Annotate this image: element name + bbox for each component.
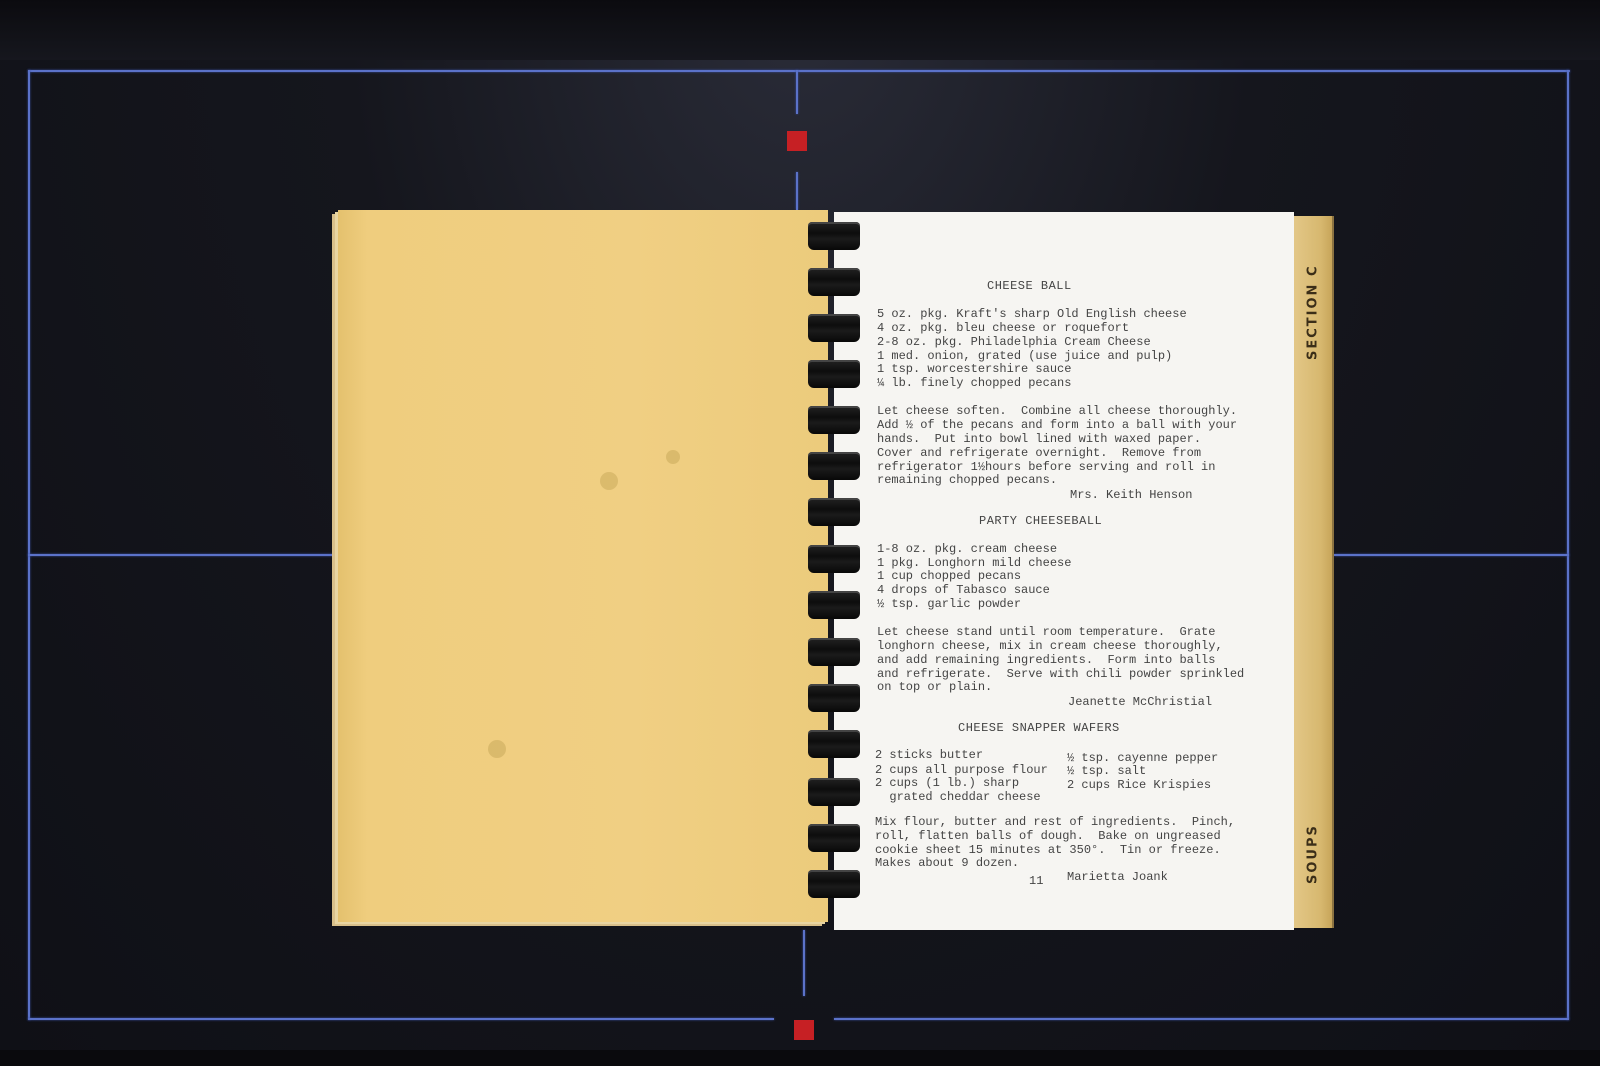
guide-left	[28, 70, 30, 1020]
binding-coil	[808, 452, 860, 480]
binding-coil	[808, 870, 860, 898]
binding-coil	[808, 406, 860, 434]
ingredient-line: 2 cups (1 lb.) sharp	[875, 777, 1019, 791]
guide-horizontal-right	[1334, 554, 1569, 556]
page-stain	[488, 740, 506, 758]
direction-line: hands. Put into bowl lined with waxed pa…	[877, 433, 1201, 447]
binding-coil	[808, 684, 860, 712]
open-cookbook: CHEESE BALL 5 oz. pkg. Kraft's sharp Old…	[338, 210, 1334, 930]
page-stain	[600, 472, 618, 490]
ingredient-line: ½ tsp. salt	[1067, 765, 1146, 779]
section-tab-label-top: SECTION C	[1294, 262, 1332, 362]
ingredient-line: 1-8 oz. pkg. cream cheese	[877, 543, 1057, 557]
binding-coil	[808, 730, 860, 758]
recipe-author: Mrs. Keith Henson	[1070, 489, 1192, 503]
guide-center-vertical-top	[796, 70, 798, 114]
binding-coil	[808, 222, 860, 250]
recipe-author: Marietta Joank	[1067, 871, 1168, 885]
scanner-bottom-edge	[0, 1050, 1600, 1066]
ingredient-line: ½ tsp. garlic powder	[877, 598, 1021, 612]
top-registration-marker	[787, 131, 807, 151]
spiral-binding	[808, 222, 868, 922]
guide-top	[28, 70, 1570, 72]
direction-line: Let cheese stand until room temperature.…	[877, 626, 1215, 640]
recipe-title: CHEESE SNAPPER WAFERS	[958, 722, 1120, 736]
left-page-blank	[338, 210, 828, 922]
binding-coil	[808, 498, 860, 526]
direction-line: Add ½ of the pecans and form into a ball…	[877, 419, 1237, 433]
direction-line: and add remaining ingredients. Form into…	[877, 654, 1215, 668]
bottom-registration-marker	[794, 1020, 814, 1040]
binding-coil	[808, 360, 860, 388]
ingredient-line: 2 cups Rice Krispies	[1067, 779, 1211, 793]
section-tab[interactable]: SECTION C SOUPS	[1294, 216, 1334, 928]
binding-coil	[808, 545, 860, 573]
direction-line: remaining chopped pecans.	[877, 474, 1057, 488]
guide-center-vertical-mid	[796, 172, 798, 210]
direction-line: Cover and refrigerate overnight. Remove …	[877, 447, 1201, 461]
page-number: 11	[1029, 874, 1043, 888]
binding-coil	[808, 314, 860, 342]
page-stain	[666, 450, 680, 464]
ingredient-line: 2-8 oz. pkg. Philadelphia Cream Cheese	[877, 336, 1151, 350]
binding-coil	[808, 824, 860, 852]
ingredient-line: ¼ lb. finely chopped pecans	[877, 377, 1071, 391]
guide-bottom-right	[834, 1018, 1569, 1020]
binding-coil	[808, 591, 860, 619]
ingredient-line: 1 cup chopped pecans	[877, 570, 1021, 584]
section-tab-label-bottom: SOUPS	[1294, 822, 1332, 886]
right-page-recipes: CHEESE BALL 5 oz. pkg. Kraft's sharp Old…	[834, 212, 1294, 930]
guide-bottom-left	[28, 1018, 774, 1020]
guide-horizontal-left	[28, 554, 340, 556]
direction-line: Let cheese soften. Combine all cheese th…	[877, 405, 1237, 419]
direction-line: Makes about 9 dozen.	[875, 857, 1019, 871]
recipe-title: PARTY CHEESEBALL	[979, 515, 1102, 529]
recipe-title: CHEESE BALL	[987, 280, 1072, 294]
guide-right	[1567, 70, 1569, 1020]
scanner-top-edge	[0, 0, 1600, 60]
ingredient-line: 5 oz. pkg. Kraft's sharp Old English che…	[877, 308, 1187, 322]
binding-coil	[808, 268, 860, 296]
direction-line: roll, flatten balls of dough. Bake on un…	[875, 830, 1221, 844]
ingredient-line: 2 sticks butter	[875, 749, 983, 763]
binding-coil	[808, 638, 860, 666]
ingredient-line: grated cheddar cheese	[875, 791, 1041, 805]
binding-coil	[808, 778, 860, 806]
recipe-author: Jeanette McChristial	[1068, 696, 1212, 710]
ingredient-line: 4 oz. pkg. bleu cheese or roquefort	[877, 322, 1129, 336]
direction-line: on top or plain.	[877, 681, 992, 695]
ingredient-line: 1 tsp. worcestershire sauce	[877, 363, 1071, 377]
direction-line: Mix flour, butter and rest of ingredient…	[875, 816, 1235, 830]
guide-center-vertical-bottom	[803, 930, 805, 996]
ingredient-line: 4 drops of Tabasco sauce	[877, 584, 1050, 598]
direction-line: longhorn cheese, mix in cream cheese tho…	[877, 640, 1223, 654]
